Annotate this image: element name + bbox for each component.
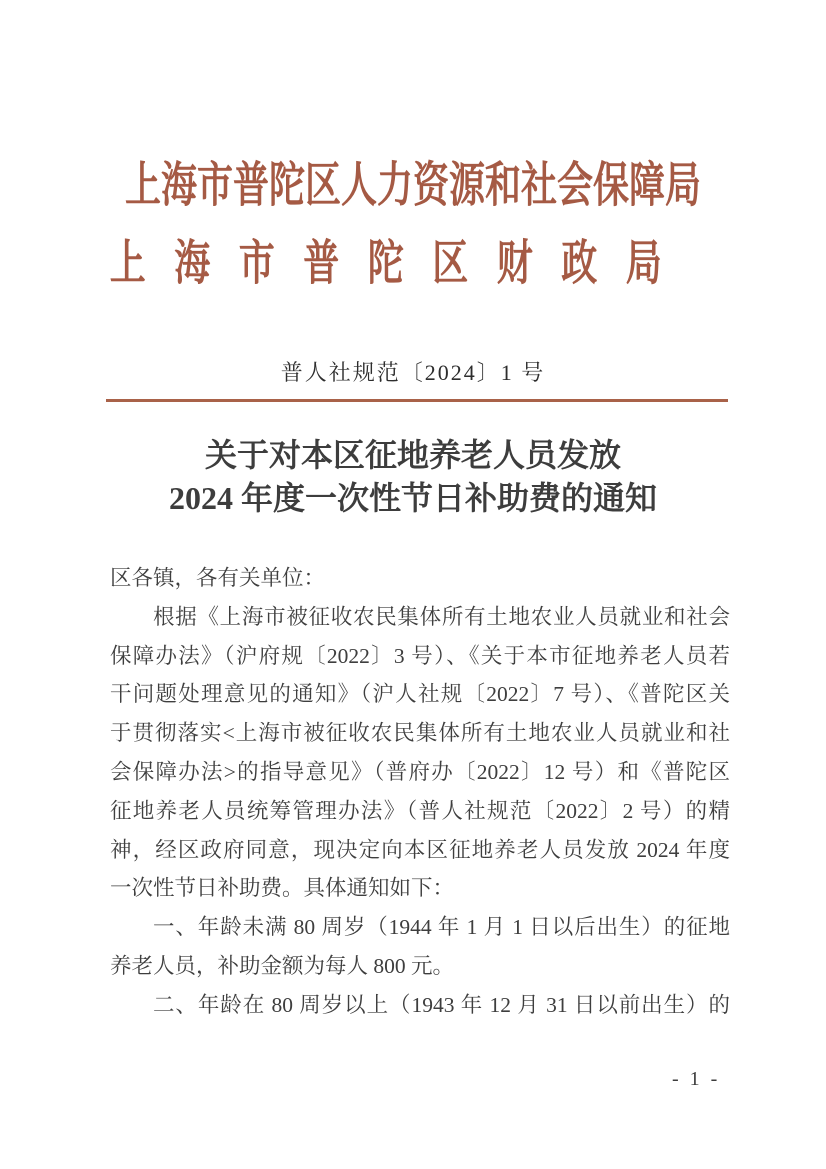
- body-line: 根据《上海市被征收农民集体所有土地农业人员就业和社会: [110, 598, 730, 637]
- body-line-item-1: 一、年龄未满 80 周岁（1944 年 1 月 1 日以后出生）的征地: [110, 908, 730, 947]
- notice-body: 区各镇，各有关单位： 根据《上海市被征收农民集体所有土地农业人员就业和社会 保障…: [110, 559, 730, 1025]
- body-line: 于贯彻落实<上海市被征收农民集体所有土地农业人员就业和社: [110, 714, 730, 753]
- issuing-org-line-2: 上海市普陀区财政局: [81, 224, 720, 293]
- document-number: 普人社规范〔2024〕1 号: [0, 356, 826, 387]
- body-line: 干问题处理意见的通知》（沪人社规〔2022〕7 号）、《普陀区关: [110, 675, 730, 714]
- notice-title-line-2: 2024 年度一次性节日补助费的通知: [0, 477, 826, 520]
- body-line: 征地养老人员统筹管理办法》（普人社规范〔2022〕2 号）的精: [110, 792, 730, 831]
- body-line: 一次性节日补助费。具体通知如下：: [110, 869, 730, 908]
- body-line-salutation: 区各镇，各有关单位：: [110, 559, 730, 598]
- body-line: 会保障办法>的指导意见》（普府办〔2022〕12 号）和《普陀区: [110, 753, 730, 792]
- body-line: 养老人员，补助金额为每人 800 元。: [110, 947, 730, 986]
- issuing-org-line-1: 上海市普陀区人力资源和社会保障局: [103, 146, 723, 215]
- body-line: 神，经区政府同意，现决定向本区征地养老人员发放 2024 年度: [110, 831, 730, 870]
- notice-title-line-1: 关于对本区征地养老人员发放: [0, 434, 826, 477]
- body-line-item-2: 二、年龄在 80 周岁以上（1943 年 12 月 31 日以前出生）的: [110, 986, 730, 1025]
- notice-title: 关于对本区征地养老人员发放 2024 年度一次性节日补助费的通知: [0, 434, 826, 520]
- page-number: - 1 -: [672, 1068, 720, 1091]
- document-page: 上海市普陀区人力资源和社会保障局 上海市普陀区财政局 普人社规范〔2024〕1 …: [0, 0, 826, 1169]
- red-divider-line: [106, 399, 728, 402]
- body-line: 保障办法》（沪府规〔2022〕3 号）、《关于本市征地养老人员若: [110, 637, 730, 676]
